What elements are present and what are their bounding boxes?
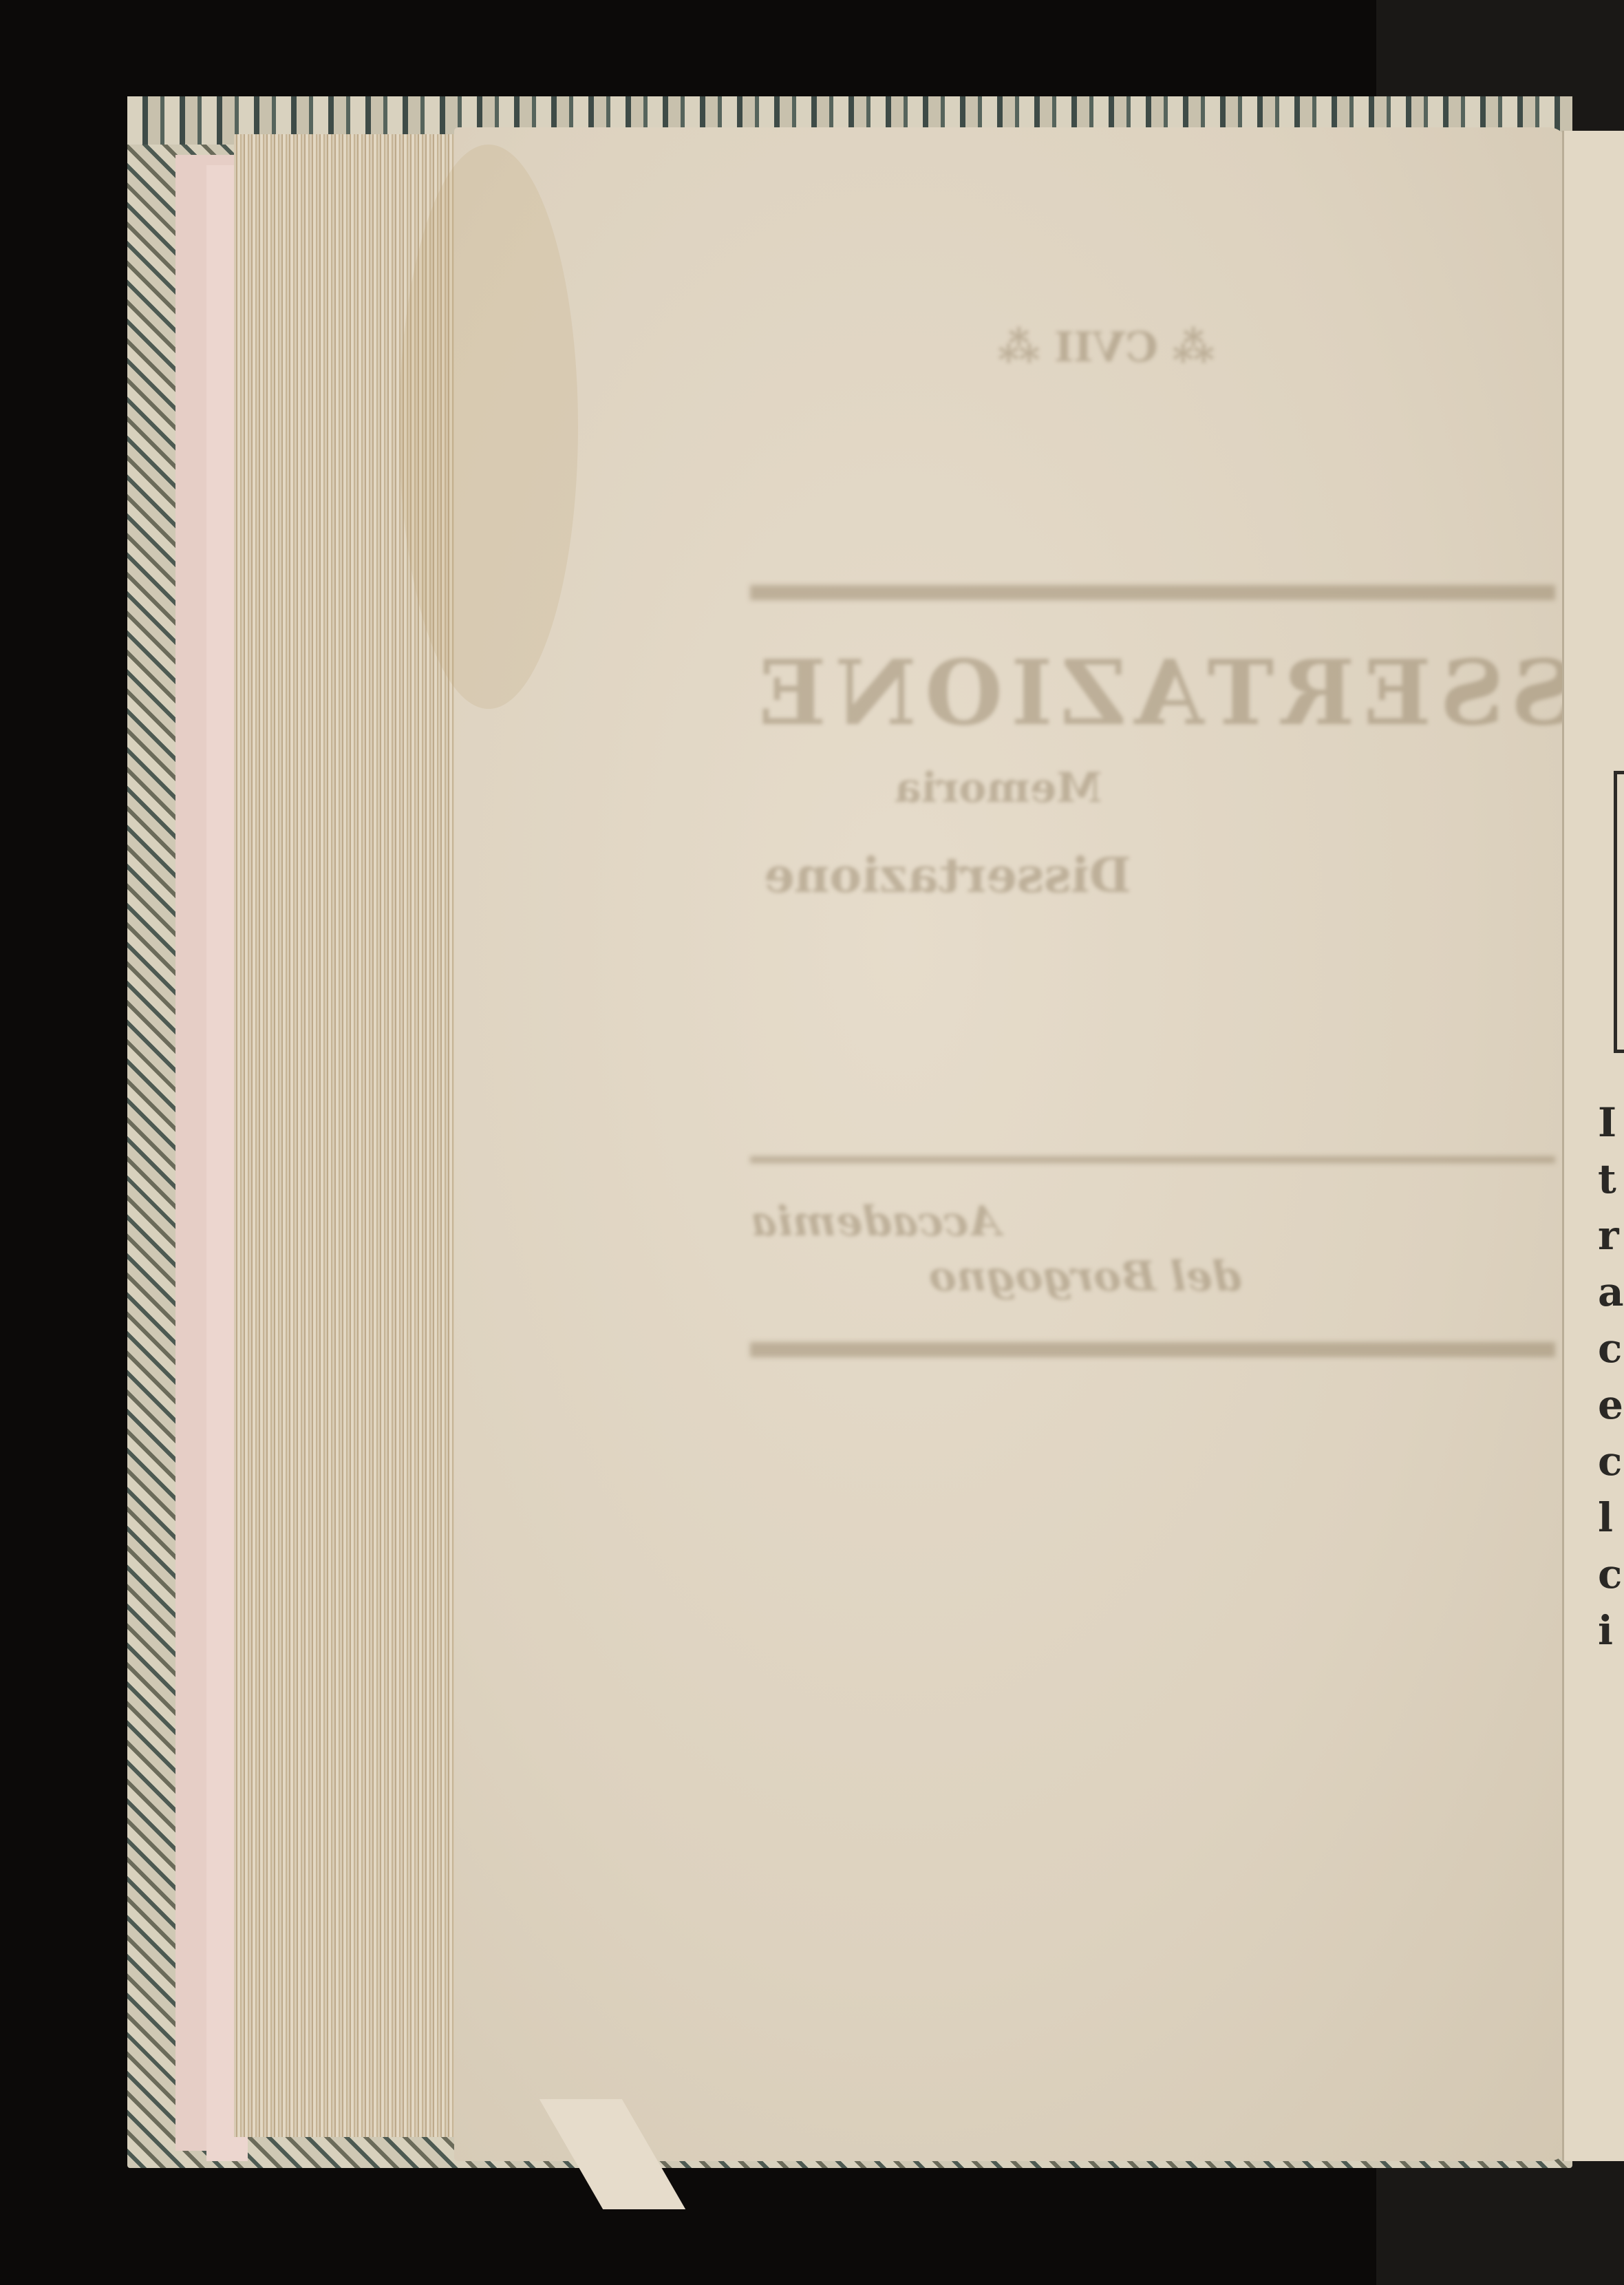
letter: r xyxy=(1598,1207,1624,1264)
letter: c xyxy=(1598,1320,1624,1377)
bleed-line-1: Memoria xyxy=(895,764,1102,812)
letter: e xyxy=(1598,1377,1624,1433)
bleed-rule-mid xyxy=(750,1156,1555,1163)
letter: a xyxy=(1598,1264,1624,1320)
letter: I xyxy=(1598,1094,1624,1151)
bleed-header: ⁂ CVII ⁂ xyxy=(998,323,1215,372)
bleed-rule-bottom xyxy=(750,1342,1555,1357)
next-page-ornament-box xyxy=(1614,771,1624,1053)
letter: c xyxy=(1598,1433,1624,1489)
water-stain xyxy=(399,145,578,709)
bleed-rule-top xyxy=(750,585,1555,600)
bleed-line-3: Accademia xyxy=(750,1198,1001,1246)
bleed-line-4: del Borgogno xyxy=(929,1253,1241,1301)
bleed-title: DISSERTAZIONE xyxy=(750,640,1624,745)
letter: i xyxy=(1598,1602,1624,1659)
letter: t xyxy=(1598,1151,1624,1207)
blank-verso-page xyxy=(454,127,1569,2161)
bleed-line-2: Dissertazione xyxy=(764,847,1131,904)
next-page-letters: I t r a c e c l c i xyxy=(1598,1094,1624,1659)
letter: c xyxy=(1598,1546,1624,1602)
letter: l xyxy=(1598,1489,1624,1546)
